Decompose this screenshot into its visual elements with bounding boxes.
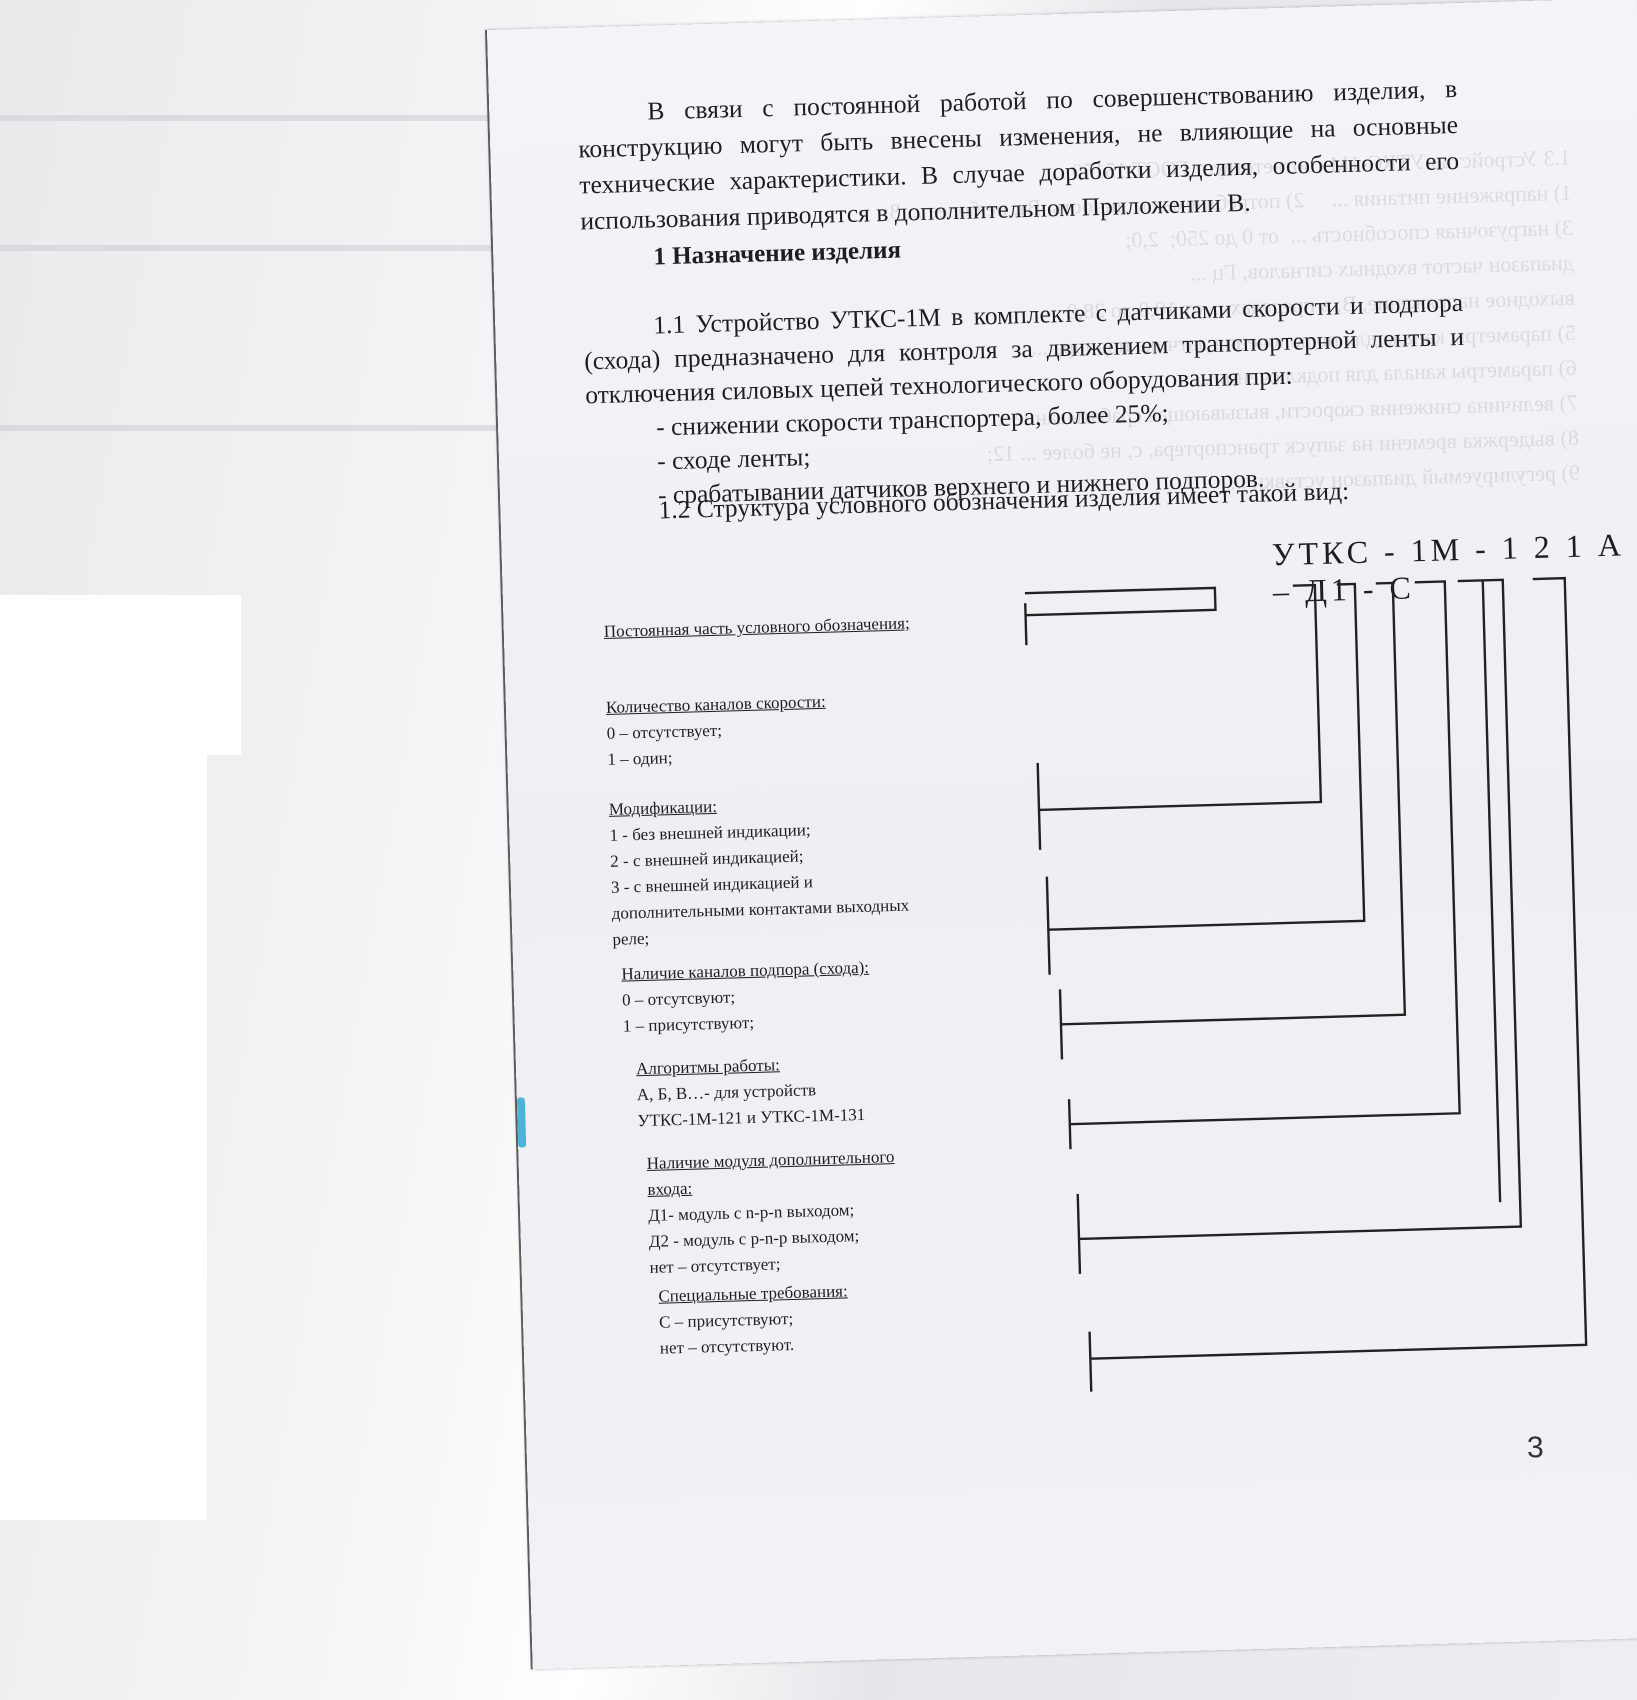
legend-item: нет – отсутствует;: [649, 1248, 897, 1281]
sleeve-crease: [0, 245, 520, 251]
blank-patch: [0, 595, 241, 755]
legend-backup-channels: Наличие каналов подпора (схода): 0 – отс…: [621, 955, 871, 1040]
legend-special: Специальные требования: С – присутствуют…: [658, 1278, 849, 1361]
document-page: 1.3 Устройство УТКС-1М соответствует ГОС…: [487, 0, 1637, 1669]
sleeve-crease: [0, 425, 520, 431]
intro-paragraph: В связи с постоянной работой по совершен…: [577, 71, 1461, 240]
designation-code: УТКС - 1М - 1 2 1 А – Д1 - С: [1271, 526, 1637, 611]
legend-algorithms: Алгоритмы работы: А, Б, В…- для устройст…: [636, 1050, 866, 1134]
blank-patch: [0, 755, 207, 1520]
legend-item: нет – отсутствуют.: [660, 1330, 850, 1361]
legend-constant-part: Постоянная часть условного обозначения;: [603, 610, 910, 645]
sleeve-crease: [0, 115, 520, 121]
intro-text: В связи с постоянной работой по совершен…: [577, 71, 1461, 240]
legend-title: Постоянная часть условного обозначения;: [603, 610, 910, 645]
legend-item: 1 – присутствуют;: [623, 1007, 871, 1040]
legend-title: Специальные требования:: [658, 1278, 848, 1309]
blue-tab-marker: [517, 1097, 526, 1147]
legend-item: 1 – один;: [607, 741, 827, 773]
legend-extra-input: Наличие модуля дополнительного входа: Д1…: [646, 1144, 897, 1281]
legend-item: УТКС-1М-121 и УТКС-1М-131: [637, 1102, 865, 1134]
legend-modifications: Модификации: 1 - без внешней индикации; …: [608, 789, 910, 953]
legend-speed-channels: Количество каналов скорости: 0 – отсутст…: [606, 689, 828, 773]
page-number: 3: [1527, 1431, 1545, 1465]
